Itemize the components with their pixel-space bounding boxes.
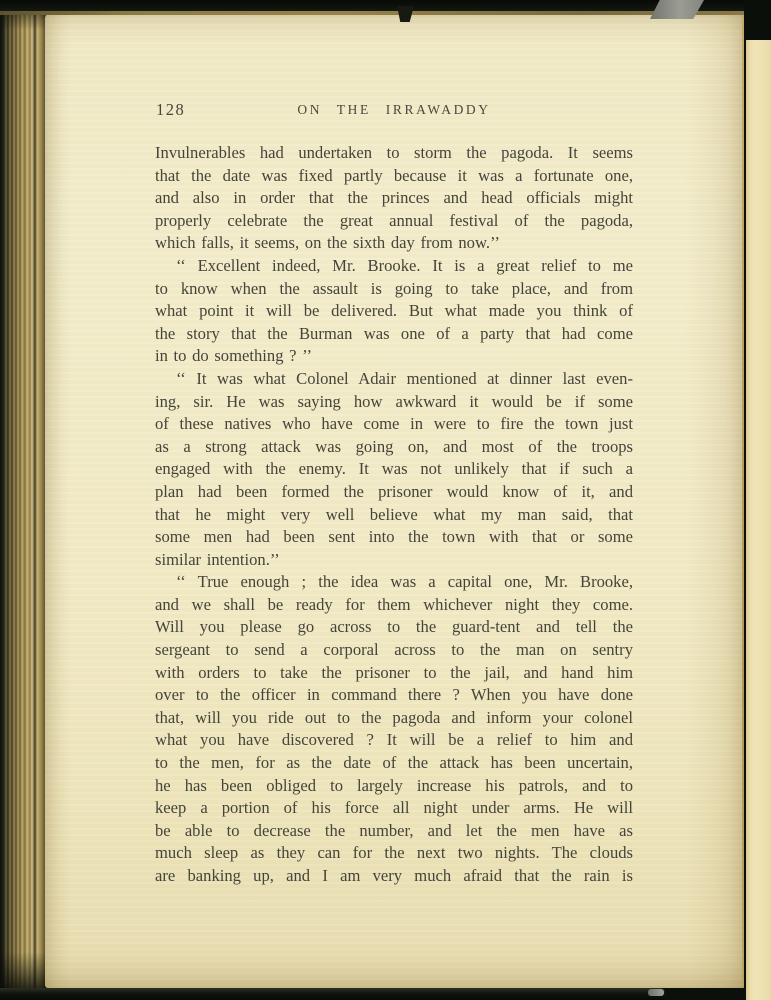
text-line: keep a portion of his force all night un… [155, 797, 633, 820]
text-line: ing, sir. He was saying how awkward it w… [155, 391, 633, 414]
text-line: are banking up, and I am very much afrai… [155, 865, 633, 888]
top-right-binding [744, 0, 771, 40]
left-page-edges [0, 0, 46, 1000]
text-line: much sleep as they can for the next two … [155, 842, 633, 865]
text-line: he has been obliged to largely increase … [155, 775, 633, 798]
text-line: that he might very well believe what my … [155, 504, 633, 527]
text-line: that the date was fixed partly because i… [155, 165, 633, 188]
page-top-edge [0, 11, 746, 15]
binding-glint [648, 989, 664, 996]
text-line: in to do something ? ’’ [155, 345, 633, 368]
text-line: be able to decrease the number, and let … [155, 820, 633, 843]
text-line: as a strong attack was going on, and mos… [155, 436, 633, 459]
text-line: that, will you ride out to the pagoda an… [155, 707, 633, 730]
text-line: what you have discovered ? It will be a … [155, 729, 633, 752]
running-title: ON THE IRRAWADDY [155, 100, 633, 118]
text-line: ‘‘ Excellent indeed, Mr. Brooke. It is a… [155, 255, 633, 278]
text-line: of these natives who have come in were t… [155, 413, 633, 436]
text-line: properly celebrate the great annual fest… [155, 210, 633, 233]
book-page: 128 ON THE IRRAWADDY Invulnerables had u… [45, 12, 744, 988]
text-line: over to the officer in command there ? W… [155, 684, 633, 707]
text-line: the story that the Burman was one of a p… [155, 323, 633, 346]
text-line: and also in order that the princes and h… [155, 187, 633, 210]
text-line: which falls, it seems, on the sixth day … [155, 232, 633, 255]
text-line: engaged with the enemy. It was not unlik… [155, 458, 633, 481]
book-photo: 128 ON THE IRRAWADDY Invulnerables had u… [0, 0, 771, 1000]
text-line: ‘‘ It was what Colonel Adair mentioned a… [155, 368, 633, 391]
text-block: Invulnerables had undertaken to storm th… [155, 142, 633, 888]
running-header: 128 ON THE IRRAWADDY [155, 100, 633, 118]
text-line: sergeant to send a corporal across to th… [155, 639, 633, 662]
text-line: similar intention.’’ [155, 549, 633, 572]
page-number: 128 [156, 100, 185, 120]
next-page-edge [746, 38, 771, 1000]
text-line: to know when the assault is going to tak… [155, 278, 633, 301]
text-line: and we shall be ready for them whichever… [155, 594, 633, 617]
text-line: some men had been sent into the town wit… [155, 526, 633, 549]
text-line: to the men, for as the date of the attac… [155, 752, 633, 775]
text-line: plan had been formed the prisoner would … [155, 481, 633, 504]
text-line: Invulnerables had undertaken to storm th… [155, 142, 633, 165]
text-line: Will you please go across to the guard-t… [155, 616, 633, 639]
text-line: what point it will be delivered. But wha… [155, 300, 633, 323]
bottom-binding-band [0, 988, 666, 1000]
text-line: with orders to take the prisoner to the … [155, 662, 633, 685]
page-content: 128 ON THE IRRAWADDY Invulnerables had u… [155, 100, 633, 888]
text-line: ‘‘ True enough ; the idea was a capital … [155, 571, 633, 594]
